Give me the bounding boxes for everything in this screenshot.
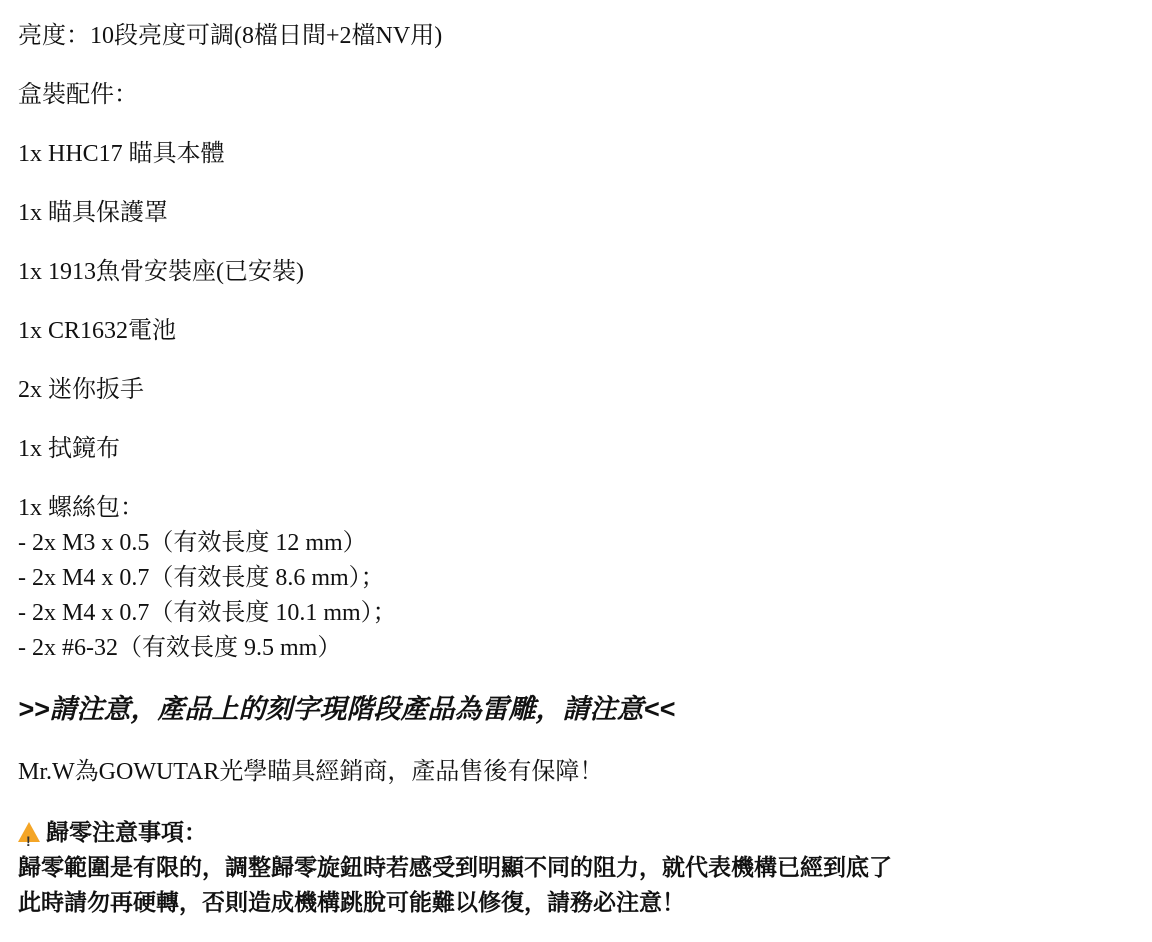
box-item: 2x 迷你扳手	[18, 374, 144, 406]
brightness-spec: 亮度：10段亮度可調(8檔日間+2檔NV用)	[18, 20, 442, 52]
zeroing-title: 歸零注意事項：	[46, 819, 207, 845]
box-item: 1x 瞄具保護罩	[18, 197, 168, 229]
zeroing-title-row: 歸零注意事項：	[18, 816, 207, 848]
zeroing-line: 此時請勿再硬轉，否則造成機構跳脫可能難以修復，請務必注意！	[18, 886, 685, 918]
screw-item: - 2x M4 x 0.7（有效長度 8.6 mm）；	[18, 562, 385, 594]
box-item: 1x 拭鏡布	[18, 433, 120, 465]
screw-item: - 2x M3 x 0.5（有效長度 12 mm）	[18, 527, 367, 559]
screw-item: - 2x #6-32（有效長度 9.5 mm）	[18, 632, 341, 664]
box-item: 1x CR1632電池	[18, 315, 176, 347]
zeroing-line: 歸零範圍是有限的，調整歸零旋鈕時若感受到明顯不同的阻力，就代表機構已經到底了	[18, 851, 892, 883]
warning-icon	[18, 822, 40, 842]
screw-item: - 2x M4 x 0.7（有效長度 10.1 mm）；	[18, 597, 397, 629]
box-item: 1x HHC17 瞄具本體	[18, 138, 225, 170]
dealer-statement: Mr.W為GOWUTAR光學瞄具經銷商，產品售後有保障！	[18, 756, 603, 788]
engraving-notice: >>請注意，產品上的刻字現階段產品為雷雕，請注意<<	[18, 693, 675, 725]
box-item: 1x 1913魚骨安裝座(已安裝)	[18, 256, 304, 288]
box-contents-title: 盒裝配件：	[18, 79, 138, 111]
screw-pack-title: 1x 螺絲包：	[18, 492, 144, 524]
